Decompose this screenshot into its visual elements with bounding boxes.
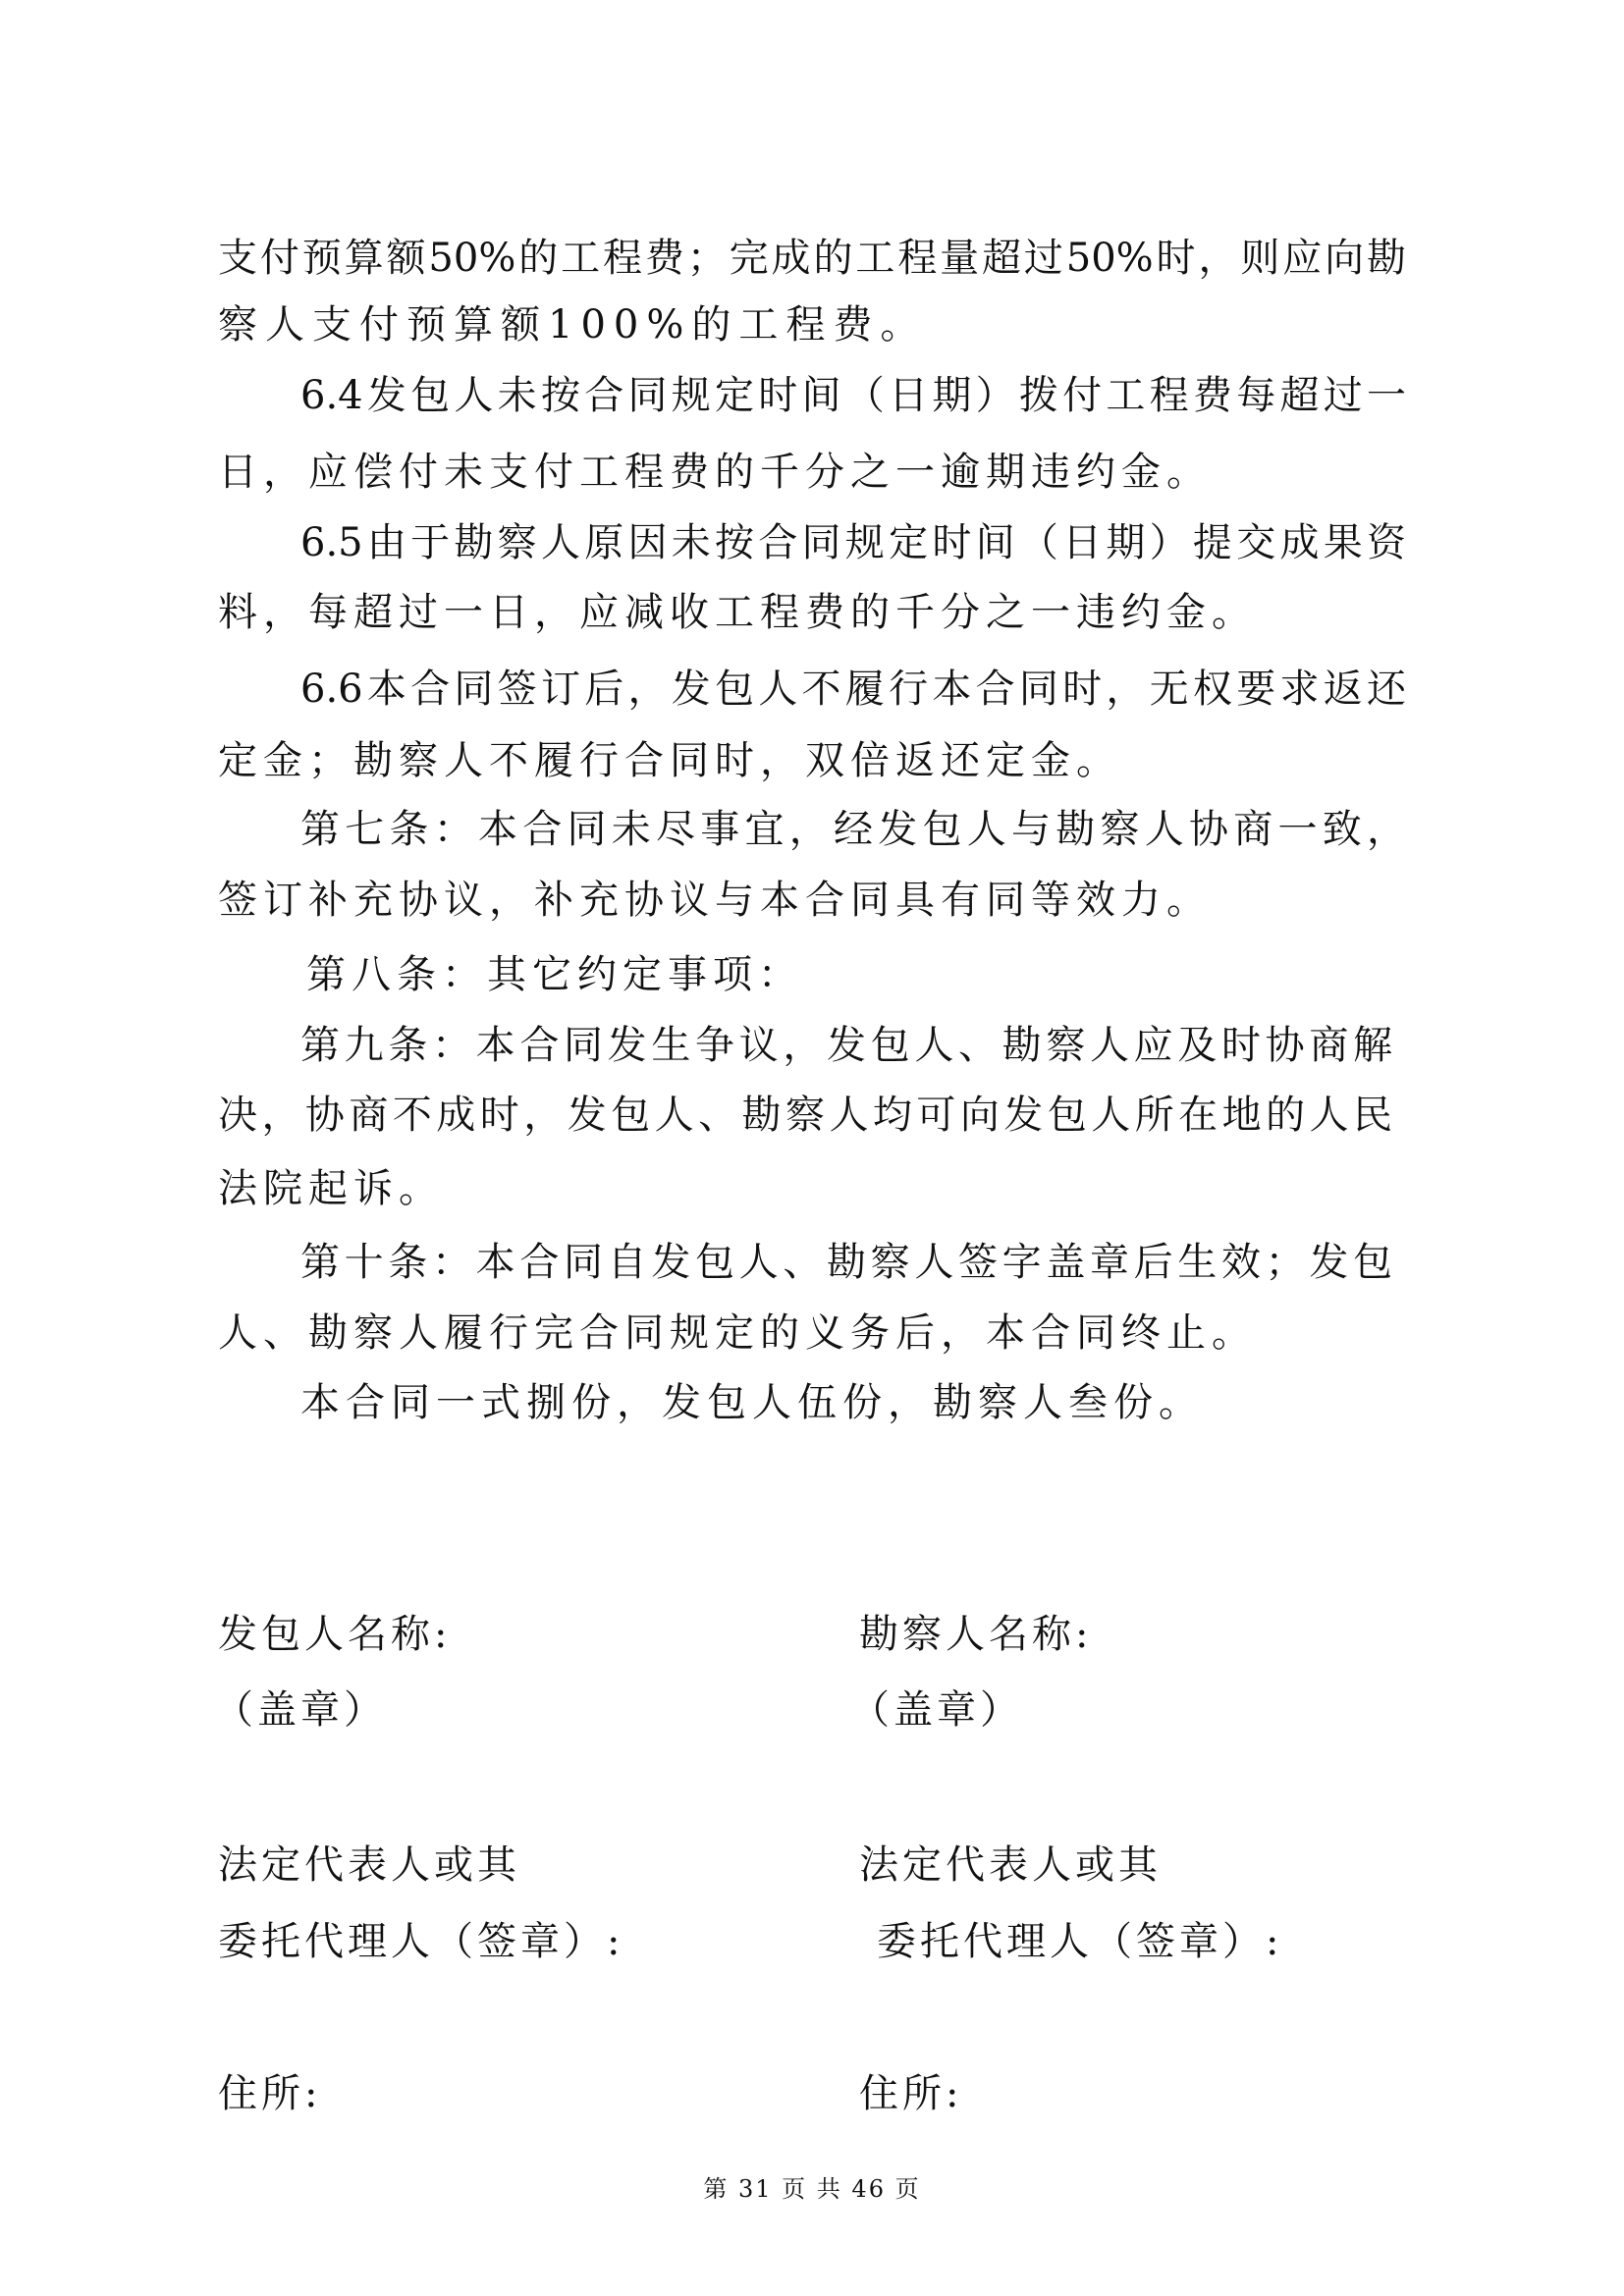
article-9: 第九条：本合同发生争议，发包人、勘察人应及时协商解 (300, 1024, 1392, 1067)
page-number-footer: 第 31 页 共 46 页 (0, 2175, 1624, 2203)
paragraph-line: 料，每超过一日，应减收工程费的千分之一违约金。 (218, 591, 1257, 634)
clause-6-6: 6.6本合同签订后，发包人不履行本合同时，无权要求返还 (300, 667, 1406, 711)
surveyor-rep-label: 法定代表人或其 (859, 1843, 1162, 1887)
surveyor-agent-label: 委托代理人（签章）: (877, 1920, 1282, 1963)
employer-rep-label: 法定代表人或其 (218, 1843, 520, 1887)
employer-address-label: 住所: (218, 2072, 321, 2115)
surveyor-seal-label: （盖章） (850, 1688, 1023, 1732)
paragraph-line: 决，协商不成时，发包人、勘察人均可向发包人所在地的人民 (218, 1094, 1392, 1137)
surveyor-name-label: 勘察人名称: (859, 1613, 1092, 1656)
employer-seal-label: （盖章） (214, 1688, 387, 1732)
article-7: 第七条：本合同未尽事宜，经发包人与勘察人协商一致， (300, 808, 1406, 851)
paragraph-line: 法院起诉。 (218, 1167, 444, 1210)
article-8: 第八条：其它约定事项： (306, 953, 803, 996)
clause-6-4: 6.4发包人未按合同规定时间（日期）拨付工程费每超过一 (300, 374, 1406, 417)
paragraph-line: 定金；勘察人不履行合同时，双倍返还定金。 (218, 739, 1121, 782)
paragraph-line: 察人支付预算额100%的工程费。 (218, 303, 927, 347)
employer-agent-label: 委托代理人（签章）: (218, 1920, 623, 1963)
clause-6-5: 6.5由于勘察人原因未按合同规定时间（日期）提交成果资 (300, 521, 1406, 564)
paragraph-line: 支付预算额50%的工程费；完成的工程量超过50%时，则应向勘 (218, 237, 1406, 280)
surveyor-address-label: 住所: (859, 2072, 962, 2115)
paragraph-line: 日，应偿付未支付工程费的千分之一逾期违约金。 (218, 451, 1212, 494)
document-page: 支付预算额50%的工程费；完成的工程量超过50%时，则应向勘 察人支付预算额10… (0, 0, 1624, 2296)
paragraph-line: 签订补充协议，补充协议与本合同具有同等效力。 (218, 879, 1212, 922)
article-10: 第十条：本合同自发包人、勘察人签字盖章后生效；发包 (300, 1241, 1392, 1284)
employer-name-label: 发包人名称: (218, 1613, 451, 1656)
paragraph-line: 人、勘察人履行完合同规定的义务后，本合同终止。 (218, 1311, 1257, 1355)
copies-statement: 本合同一式捌份，发包人伍份，勘察人叁份。 (300, 1381, 1204, 1424)
